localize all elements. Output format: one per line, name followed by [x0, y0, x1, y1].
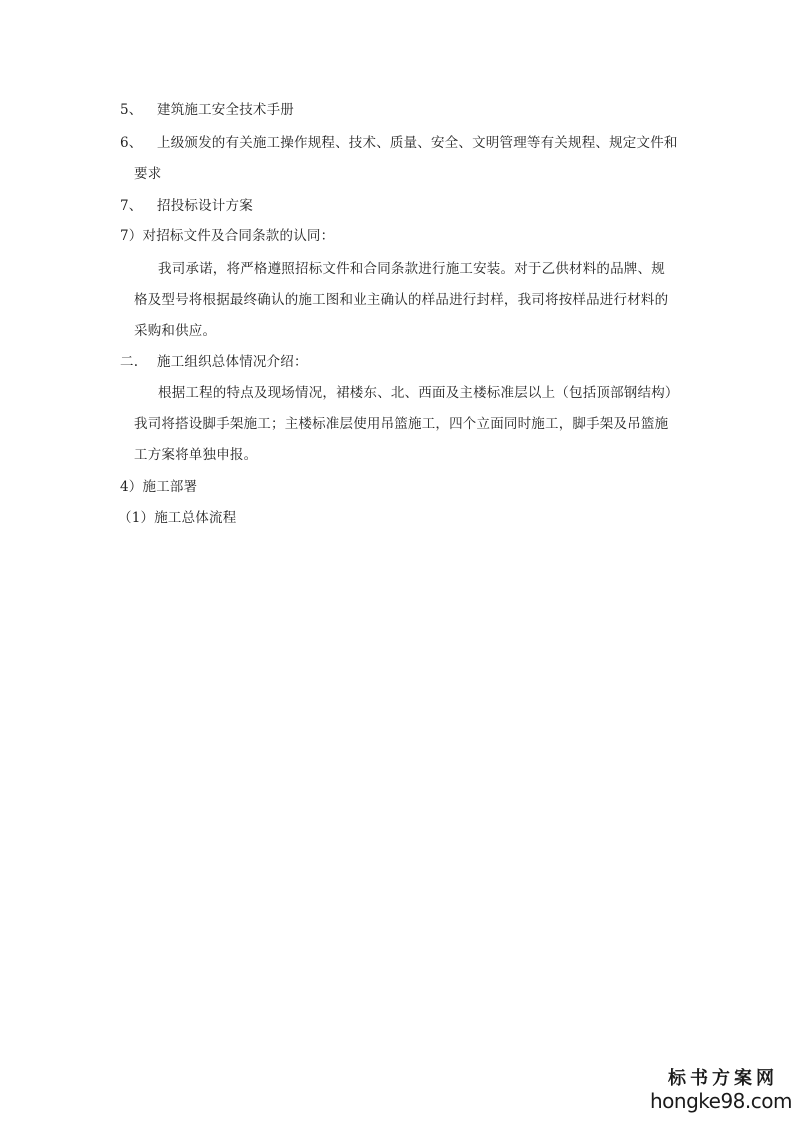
document-page: 5、建筑施工安全技术手册 6、上级颁发的有关施工操作规程、技术、质量、安全、文明… [0, 0, 793, 1122]
list-item-5: 5、建筑施工安全技术手册 [120, 102, 294, 118]
list-text: 上级颁发的有关施工操作规程、技术、质量、安全、文明管理等有关规程、规定文件和 [157, 135, 678, 151]
list-item-7: 7、招投标设计方案 [120, 198, 253, 214]
list-text: 招投标设计方案 [157, 198, 253, 214]
section-title: 施工组织总体情况介绍： [157, 354, 308, 370]
section-7-paragraph-line-1: 我司承诺，将严格遵照招标文件和合同条款进行施工安装。对于乙供材料的品牌、规 [158, 261, 665, 277]
section-2-heading: 二.施工组织总体情况介绍： [120, 354, 308, 370]
list-item-6: 6、上级颁发的有关施工操作规程、技术、质量、安全、文明管理等有关规程、规定文件和 [120, 135, 678, 151]
list-number: 5、 [120, 102, 157, 118]
section-number: 二. [120, 354, 157, 370]
list-number: 7、 [120, 198, 157, 214]
section-7-paragraph-line-2: 格及型号将根据最终确认的施工图和业主确认的样品进行封样，我司将按样品进行材料的 [134, 292, 668, 308]
list-item-6-continuation: 要求 [134, 166, 161, 182]
subsection-1-heading: （1）施工总体流程 [118, 510, 236, 526]
list-number: 6、 [120, 135, 157, 151]
section-7-heading: 7）对招标文件及合同条款的认同： [120, 228, 334, 244]
section-2-paragraph-line-2: 我司将搭设脚手架施工；主楼标准层使用吊篮施工，四个立面同时施工，脚手架及吊篮施 [134, 416, 668, 432]
watermark-url-text: hongke98.com [650, 1090, 790, 1112]
section-2-paragraph-line-3: 工方案将单独申报。 [134, 447, 257, 463]
section-7-paragraph-line-3: 采购和供应。 [134, 323, 216, 339]
section-2-paragraph-line-1: 根据工程的特点及现场情况，裙楼东、北、西面及主楼标准层以上（包括顶部钢结构） [158, 385, 679, 401]
watermark-logo: 标书方案网 hongke98.com [650, 1068, 790, 1112]
list-text: 建筑施工安全技术手册 [157, 102, 294, 118]
watermark-chinese-text: 标书方案网 [656, 1068, 790, 1090]
section-4-heading: 4）施工部署 [120, 479, 197, 495]
